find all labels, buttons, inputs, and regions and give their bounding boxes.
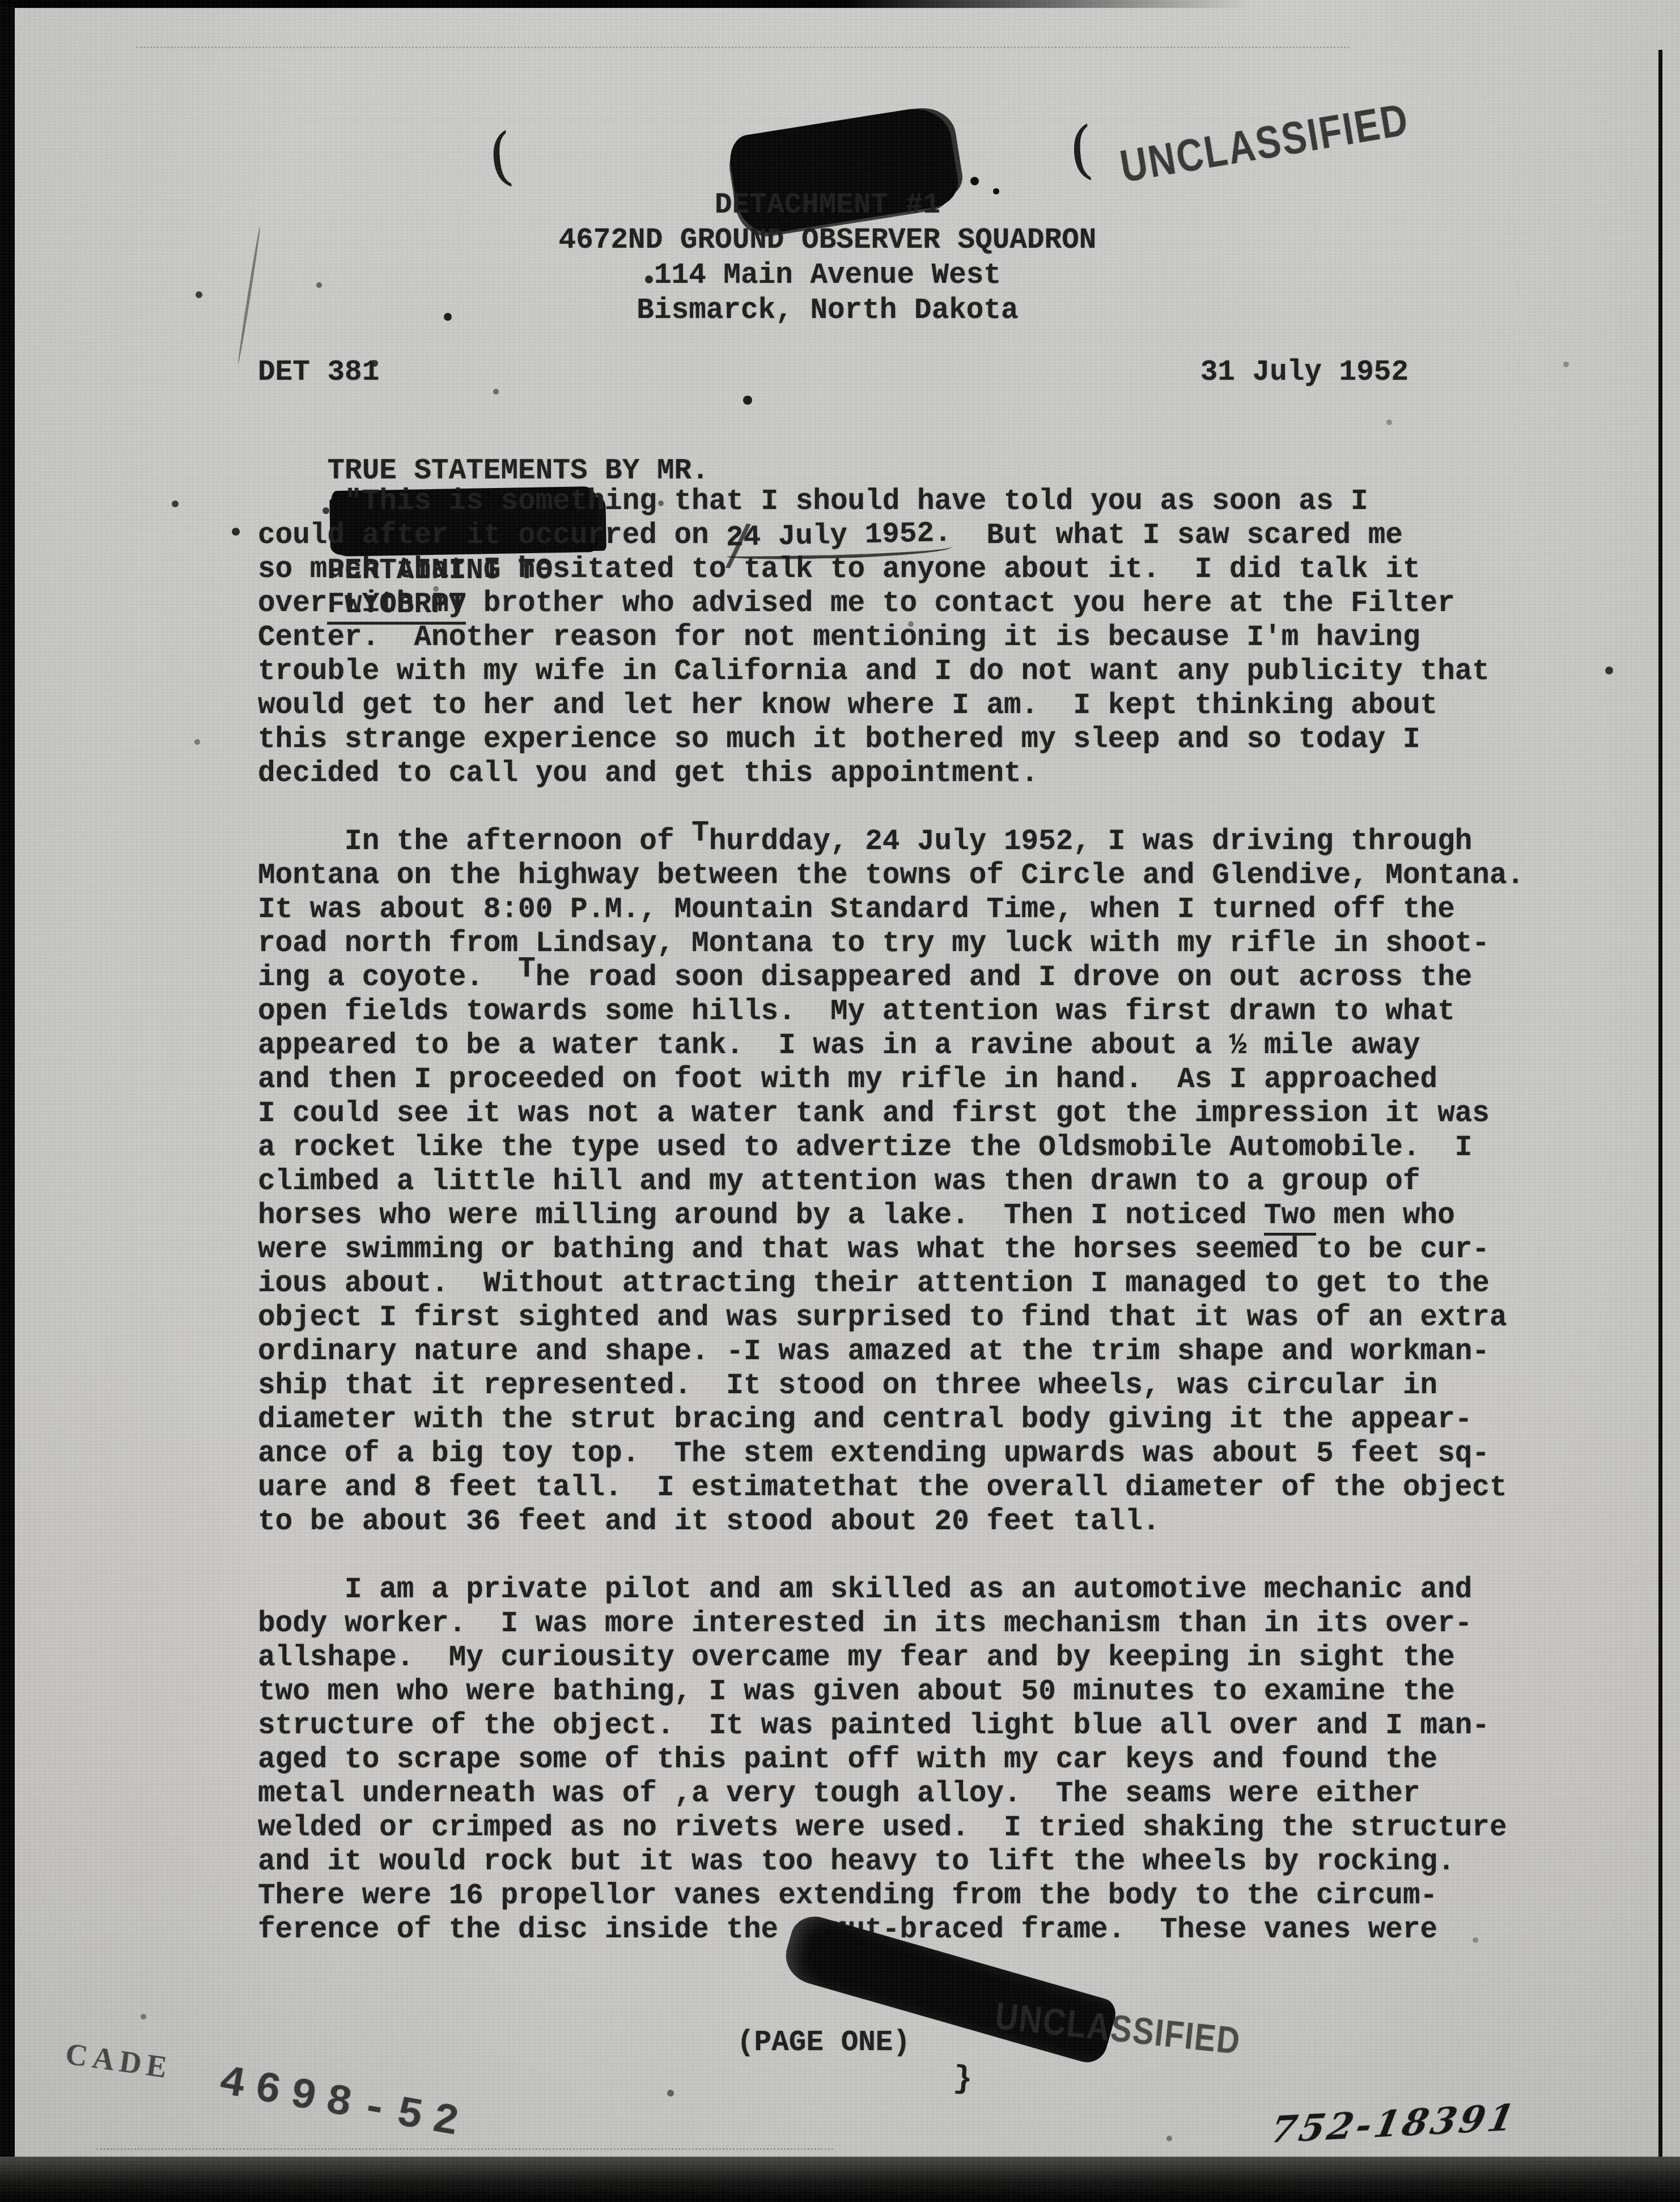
text-segment: horses who were milling around by a lake… xyxy=(258,1200,1264,1232)
typed-line: ship that it represented. It stood on th… xyxy=(258,1369,1524,1403)
typed-line: aged to scrape some of this paint off wi… xyxy=(258,1743,1524,1777)
text-segment: were swimming or bathing and that was wh… xyxy=(258,1234,1490,1266)
typed-line: road north from Lindsay, Montana to try … xyxy=(258,927,1524,961)
text-segment: In the afternoon of xyxy=(258,826,691,858)
text-segment: diameter with the strut bracing and cent… xyxy=(258,1404,1472,1436)
det-number: DET 381 xyxy=(258,356,379,390)
text-segment: appeared to be a water tank. I was in a … xyxy=(258,1030,1420,1062)
text-segment: metal underneath was of ,a very tough al… xyxy=(258,1778,1420,1810)
typed-line: a rocket like the type used to advertize… xyxy=(258,1131,1524,1165)
text-segment: to be about 36 feet and it stood about 2… xyxy=(258,1506,1160,1538)
typed-line: ing a coyote. The road soon disappeared … xyxy=(258,961,1524,995)
text-segment: ing a coyote. xyxy=(258,962,518,994)
text-segment: allshape. My curiousity overcame my fear… xyxy=(258,1642,1455,1674)
text-segment: I could see it was not a water tank and … xyxy=(258,1098,1490,1130)
typed-line: horses who were milling around by a lake… xyxy=(258,1199,1524,1233)
case-number-stamp: 4698-52 xyxy=(215,2057,472,2149)
text-segment: But what I saw scared me xyxy=(952,520,1403,552)
text-segment: he road soon disappeared and I drove on … xyxy=(536,962,1473,994)
typed-line: decided to call you and get this appoint… xyxy=(258,757,1524,791)
text-segment: and it would rock but it was too heavy t… xyxy=(258,1846,1455,1878)
unclassified-stamp-bottom: UNCLASSIFIED xyxy=(993,1994,1242,2063)
paragraph: In the afternoon of Thurdday, 24 July 19… xyxy=(258,825,1524,1539)
text-segment: Montana on the highway between the towns… xyxy=(258,860,1524,892)
typed-line: appeared to be a water tank. I was in a … xyxy=(258,1029,1524,1063)
typed-line: uare and 8 feet tall. I estimatethat the… xyxy=(258,1471,1524,1505)
text-segment: this strange experience so much it bothe… xyxy=(258,724,1420,756)
text-segment: men who xyxy=(1316,1200,1455,1232)
typed-line: Center. Another reason for not mentionin… xyxy=(258,621,1524,655)
text-segment: open fields towards some hills. My atten… xyxy=(258,996,1455,1028)
text-segment: aged to scrape some of this paint off wi… xyxy=(258,1744,1437,1776)
typed-line: this strange experience so much it bothe… xyxy=(258,723,1524,757)
scan-artifact-line-bottom xyxy=(96,2148,833,2150)
typed-line: object I first sighted and was surprised… xyxy=(258,1301,1524,1335)
typed-line: were swimming or bathing and that was wh… xyxy=(258,1233,1524,1267)
letterhead-city: Bismarck, North Dakota xyxy=(0,294,1668,329)
typed-line: ance of a big toy top. The stem extendin… xyxy=(258,1437,1524,1471)
typed-line: In the afternoon of Thurdday, 24 July 19… xyxy=(258,825,1524,859)
text-segment: It was about 8:00 P.M., Mountain Standar… xyxy=(258,894,1455,926)
underlined-word: Two xyxy=(1264,1200,1316,1236)
text-segment: ious about. Without attracting their att… xyxy=(258,1268,1490,1300)
scan-edge-right-line xyxy=(1658,50,1662,2157)
typed-line: so much that I hesitated to talk to anyo… xyxy=(258,553,1524,587)
letter-date: 31 July 1952 xyxy=(1200,356,1409,390)
letterhead: DETACHMENT #1 4672ND GROUND OBSERVER SQU… xyxy=(0,188,1668,329)
text-segment: ance of a big toy top. The stem extendin… xyxy=(258,1438,1490,1470)
subject-prefix: TRUE STATEMENTS BY MR. xyxy=(327,455,709,487)
typed-line: ordinary nature and shape. -I was amazed… xyxy=(258,1335,1524,1369)
paragraph: I am a private pilot and am skilled as a… xyxy=(258,1573,1524,1948)
text-segment: road north from Lindsay, Montana to try … xyxy=(258,928,1490,960)
typed-line: trouble with my wife in California and I… xyxy=(258,655,1524,689)
page-number-label: (PAGE ONE) xyxy=(737,2027,910,2059)
pen-mark-paren-left: ( xyxy=(485,119,516,194)
typed-line: I could see it was not a water tank and … xyxy=(258,1097,1524,1131)
raised-char: T xyxy=(691,817,709,851)
scan-edge-bottom xyxy=(0,2157,1680,2202)
text-segment: There were 16 propellor vanes extending … xyxy=(258,1880,1437,1912)
text-segment: decided to call you and get this appoint… xyxy=(258,758,1038,790)
text-segment: welded or crimped as no rivets were used… xyxy=(258,1812,1507,1844)
text-segment: hurdday, 24 July 1952, I was driving thr… xyxy=(709,826,1473,858)
typed-line: metal underneath was of ,a very tough al… xyxy=(258,1777,1524,1811)
typed-line: structure of the object. It was painted … xyxy=(258,1709,1524,1743)
ink-dot xyxy=(970,177,979,185)
pen-mark-brace: } xyxy=(952,2060,974,2098)
typed-line: would get to her and let her know where … xyxy=(258,689,1524,723)
text-segment: trouble with my wife in California and I… xyxy=(258,656,1490,688)
letterhead-unit: DETACHMENT #1 xyxy=(0,188,1668,223)
typed-line: over with my brother who advised me to c… xyxy=(258,587,1524,621)
text-segment: could after it occurred on xyxy=(258,520,726,552)
pen-mark-paren-right: ( xyxy=(1067,113,1096,187)
typed-line: ious about. Without attracting their att… xyxy=(258,1267,1524,1301)
text-segment: ship that it represented. It stood on th… xyxy=(258,1370,1437,1402)
document-page: ( ( UNCLASSIFIED DETACHMENT #1 4672ND GR… xyxy=(0,0,1680,2202)
typed-line: climbed a little hill and my attention w… xyxy=(258,1165,1524,1199)
typed-line: to be about 36 feet and it stood about 2… xyxy=(258,1505,1524,1539)
raised-char: T xyxy=(518,953,536,987)
typed-line: allshape. My curiousity overcame my fear… xyxy=(258,1641,1524,1675)
letterhead-squadron: 4672ND GROUND OBSERVER SQUADRON xyxy=(0,223,1668,258)
text-segment: body worker. I was more interested in it… xyxy=(258,1608,1472,1640)
text-segment: so much that I hesitated to talk to anyo… xyxy=(258,554,1420,586)
paragraph: "This is something that I should have to… xyxy=(258,485,1524,791)
text-segment: ordinary nature and shape. -I was amazed… xyxy=(258,1336,1490,1368)
text-segment: climbed a little hill and my attention w… xyxy=(258,1166,1420,1198)
reference-row: DET 381 31 July 1952 xyxy=(258,356,1409,390)
cade-stamp: CADE xyxy=(63,2036,175,2086)
text-segment: Center. Another reason for not mentionin… xyxy=(258,622,1420,654)
scan-artifact-line-top xyxy=(136,46,1349,48)
text-segment: two men who were bathing, I was given ab… xyxy=(258,1676,1455,1708)
letter-body: "This is something that I should have to… xyxy=(258,485,1524,1948)
typed-line: There were 16 propellor vanes extending … xyxy=(258,1879,1524,1914)
typed-line: "This is something that I should have to… xyxy=(258,485,1524,519)
text-segment: object I first sighted and was surprised… xyxy=(258,1302,1507,1334)
typed-line: and then I proceeded on foot with my rif… xyxy=(258,1063,1524,1097)
letterhead-address: 114 Main Avenue West xyxy=(0,258,1668,294)
unclassified-stamp-top: UNCLASSIFIED xyxy=(1117,93,1412,193)
typed-line: diameter with the strut bracing and cent… xyxy=(258,1403,1524,1437)
typed-line: Montana on the highway between the towns… xyxy=(258,859,1524,893)
handwritten-file-number: 752-18391 xyxy=(1267,2097,1521,2152)
text-segment: a rocket like the type used to advertize… xyxy=(258,1132,1472,1164)
text-segment: "This is something that I should have to… xyxy=(258,486,1368,518)
typed-line: welded or crimped as no rivets were used… xyxy=(258,1811,1524,1845)
typed-line: open fields towards some hills. My atten… xyxy=(258,995,1524,1029)
typed-line: and it would rock but it was too heavy t… xyxy=(258,1845,1524,1879)
text-segment: and then I proceeded on foot with my rif… xyxy=(258,1064,1437,1096)
typed-line: I am a private pilot and am skilled as a… xyxy=(258,1573,1524,1607)
text-segment: I am a private pilot and am skilled as a… xyxy=(258,1574,1472,1606)
typed-line: It was about 8:00 P.M., Mountain Standar… xyxy=(258,893,1524,927)
scan-edge-top xyxy=(0,0,1360,8)
typed-line: body worker. I was more interested in it… xyxy=(258,1607,1524,1641)
typed-line: two men who were bathing, I was given ab… xyxy=(258,1675,1524,1709)
text-segment: uare and 8 feet tall. I estimatethat the… xyxy=(258,1472,1507,1504)
text-segment: would get to her and let her know where … xyxy=(258,690,1437,722)
scan-speckles xyxy=(0,0,3,3)
text-segment: structure of the object. It was painted … xyxy=(258,1710,1490,1742)
typed-line: could after it occurred on 24 July 1952.… xyxy=(258,519,1524,553)
text-segment: over with my brother who advised me to c… xyxy=(258,588,1455,620)
